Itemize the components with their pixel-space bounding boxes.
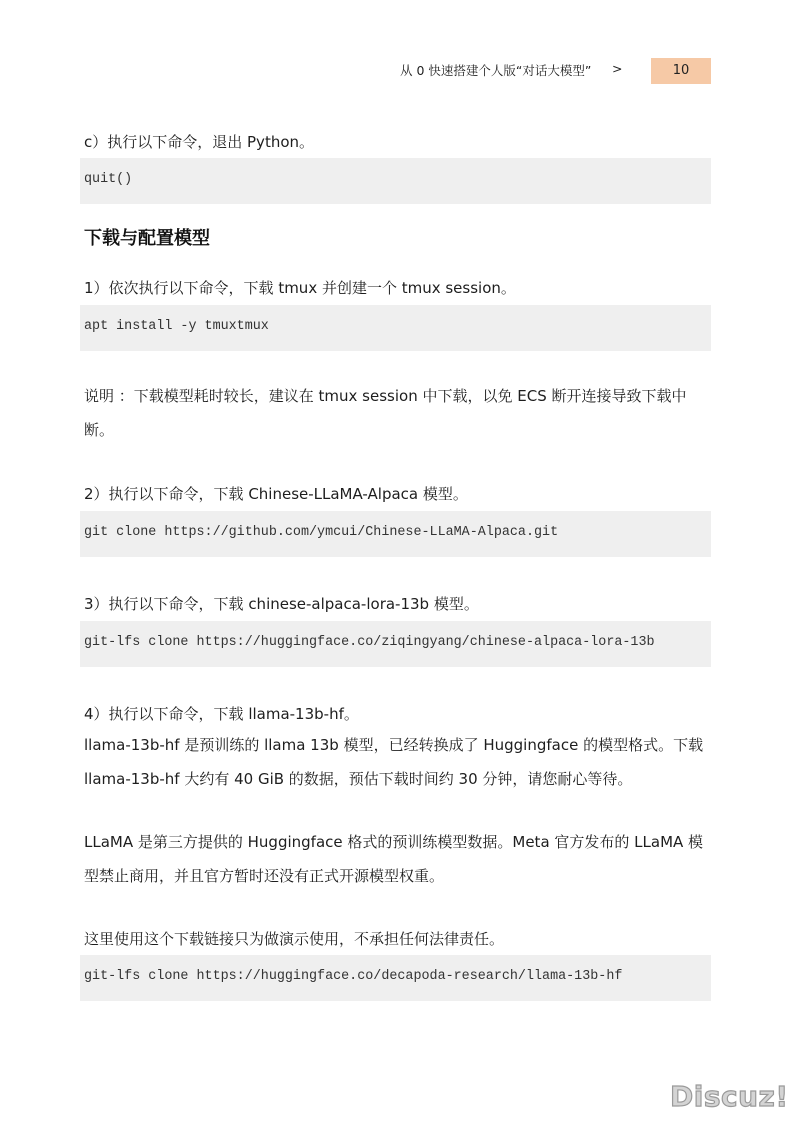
page-number-badge: 10 [651, 58, 711, 84]
chevron-right-icon: > [612, 61, 622, 76]
code-block-llama: git-lfs clone https://huggingface.co/dec… [80, 955, 711, 1001]
step-c-text: c）执行以下命令，退出 Python。 [84, 132, 314, 152]
code-block-lora: git-lfs clone https://huggingface.co/ziq… [80, 621, 711, 667]
disclaimer-text: 这里使用这个下载链接只为做演示使用，不承担任何法律责任。 [84, 929, 504, 949]
code-text: git-lfs clone https://huggingface.co/dec… [84, 969, 622, 984]
code-block-quit: quit() [80, 158, 711, 204]
code-text: quit() [84, 172, 132, 187]
step-2-text: 2）执行以下命令，下载 Chinese-LLaMA-Alpaca 模型。 [84, 484, 468, 504]
document-title: 从 0 快速搭建个人版“对话大模型” [400, 61, 591, 79]
step-4-description: llama-13b-hf 是预训练的 llama 13b 模型，已经转换成了 H… [84, 728, 714, 796]
llama-note: LLaMA 是第三方提供的 Huggingface 格式的预训练模型数据。Met… [84, 825, 714, 893]
section-heading: 下载与配置模型 [84, 224, 210, 250]
code-block-tmux: apt install -y tmuxtmux [80, 305, 711, 351]
step-1-text: 1）依次执行以下命令，下载 tmux 并创建一个 tmux session。 [84, 278, 516, 298]
code-block-alpaca: git clone https://github.com/ymcui/Chine… [80, 511, 711, 557]
step-3-text: 3）执行以下命令，下载 chinese-alpaca-lora-13b 模型。 [84, 594, 479, 614]
note-text: 说明 ：下载模型耗时较长，建议在 tmux session 中下载，以免 ECS… [84, 379, 714, 447]
code-text: apt install -y tmuxtmux [84, 319, 269, 334]
code-text: git-lfs clone https://huggingface.co/ziq… [84, 635, 655, 650]
code-text: git clone https://github.com/ymcui/Chine… [84, 525, 558, 540]
step-4-text: 4）执行以下命令，下载 llama-13b-hf。 [84, 704, 359, 724]
discuz-watermark-logo: Discuz! [670, 1080, 789, 1113]
